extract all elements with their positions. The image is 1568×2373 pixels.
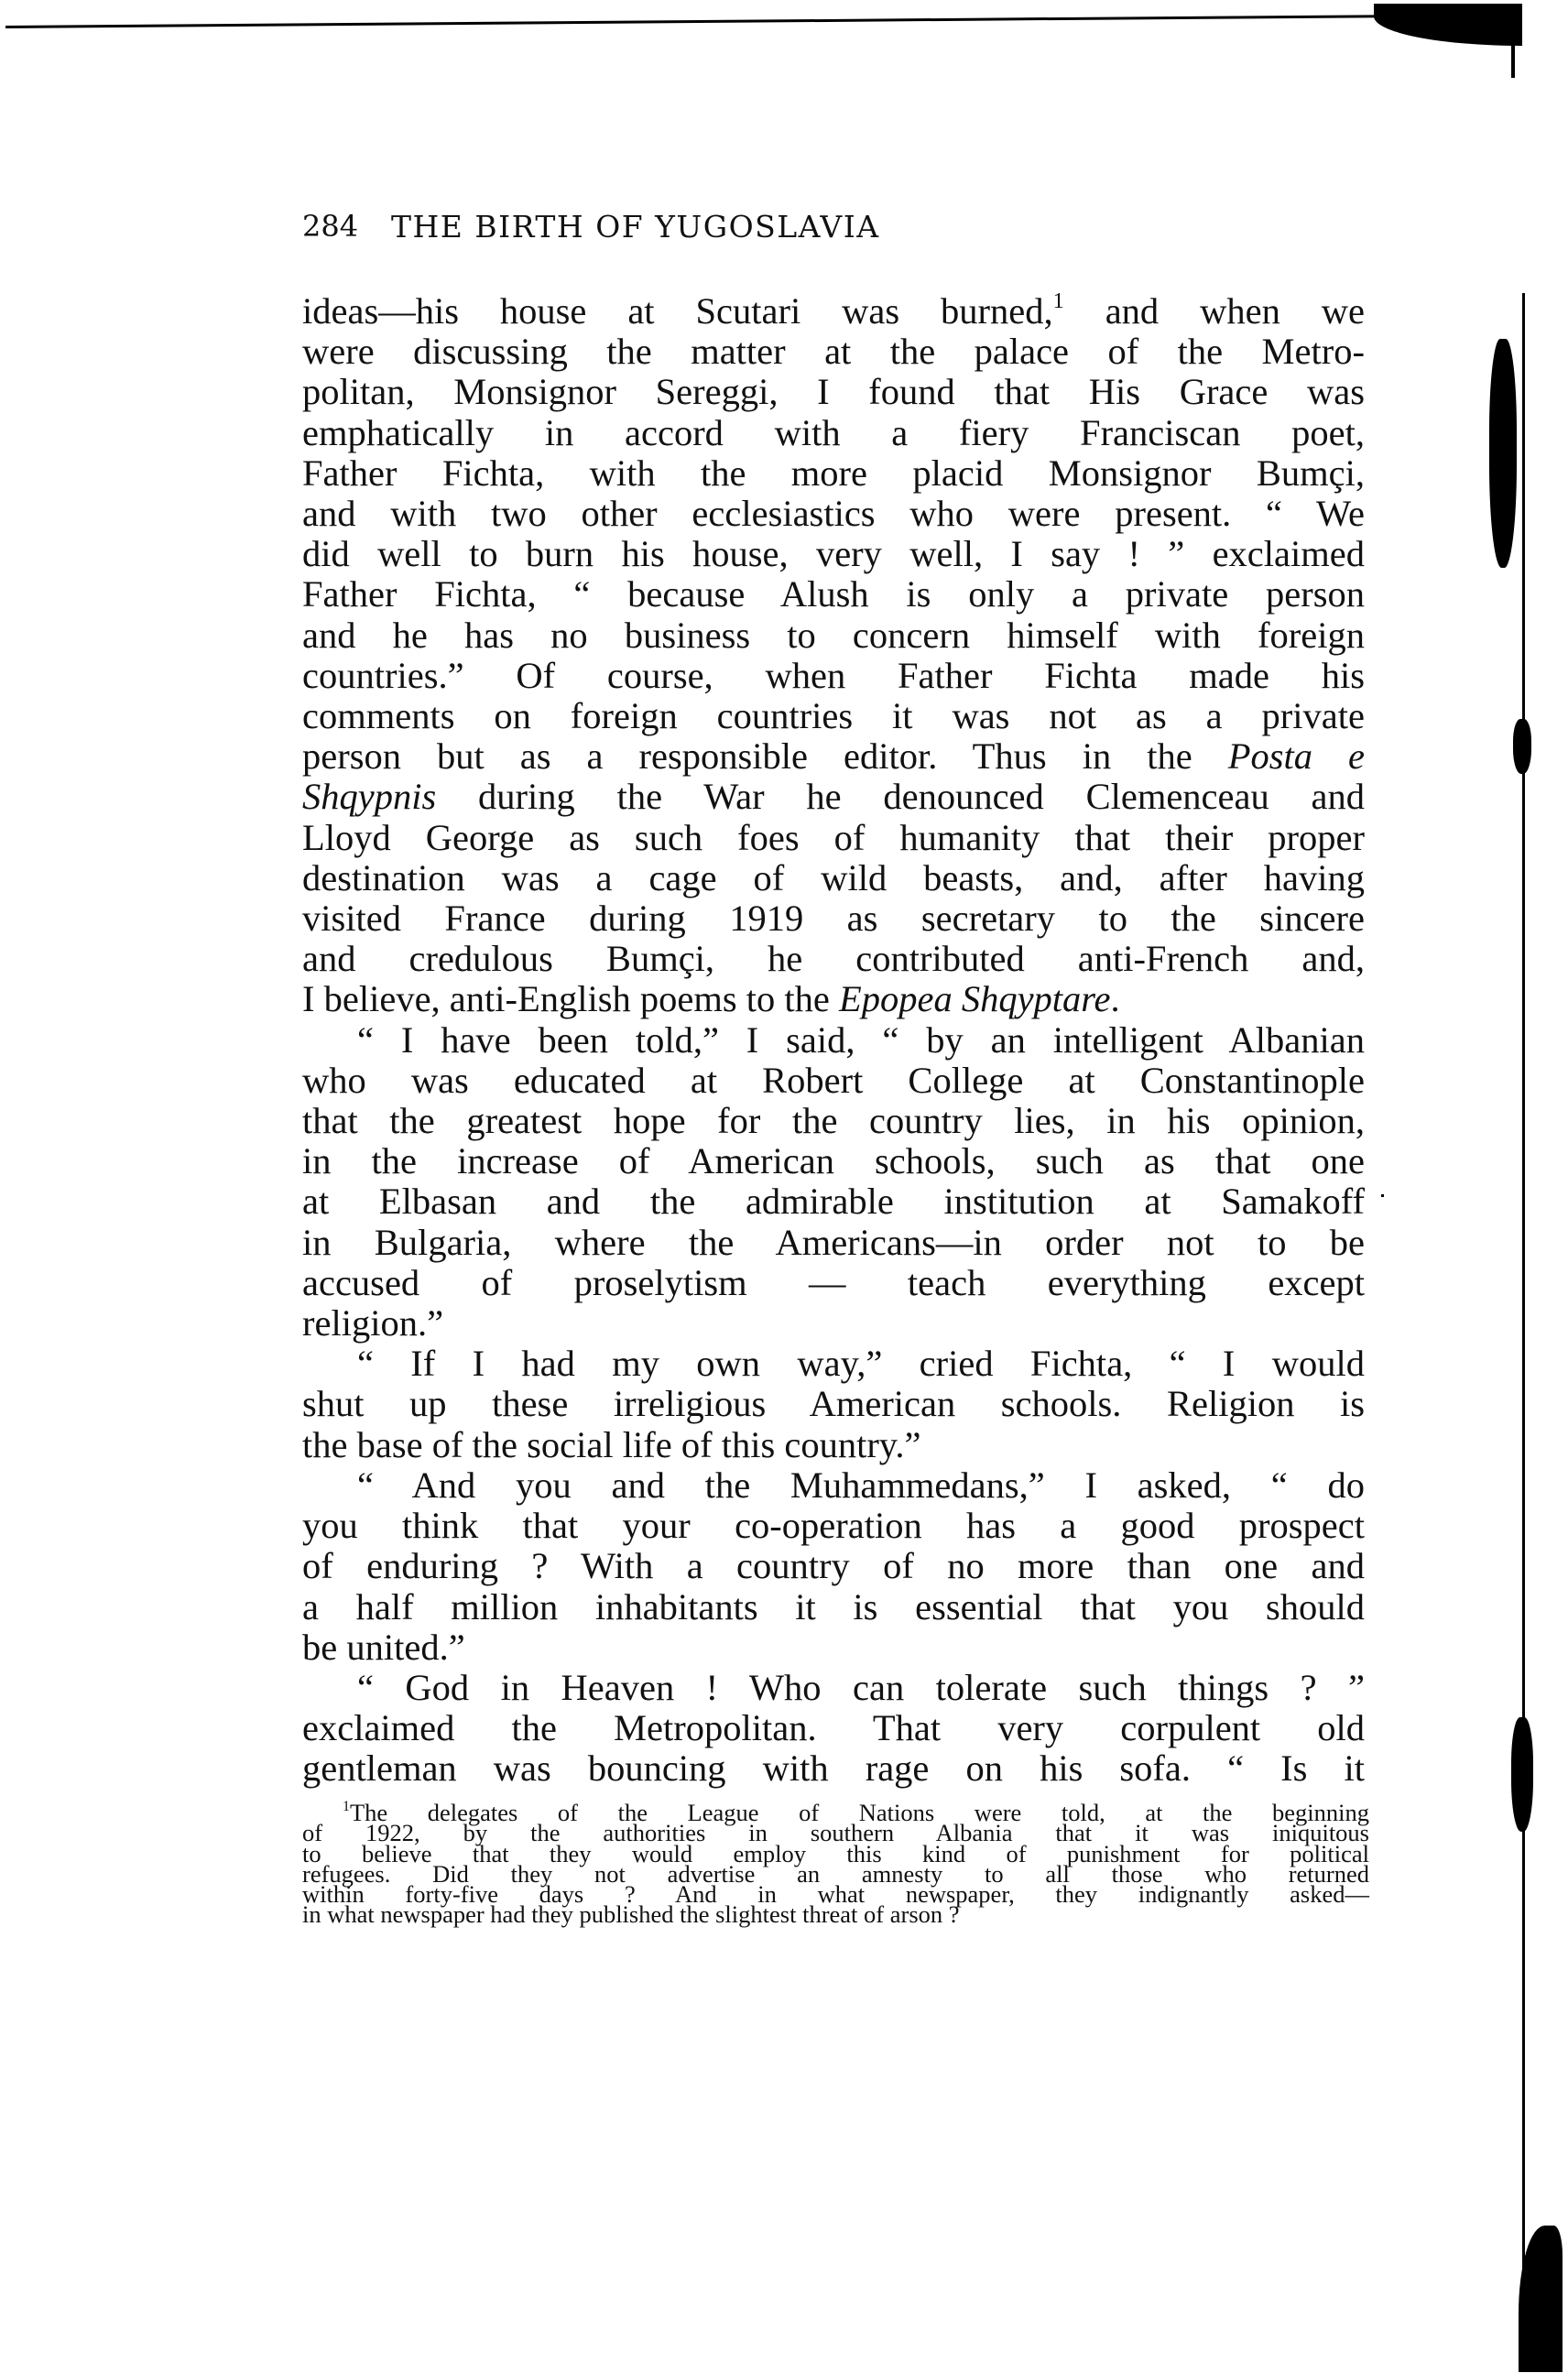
text-line: a half million inhabitants it is essenti…: [302, 1587, 1365, 1627]
footnote-text: in what newspaper had they published the…: [302, 1900, 960, 1928]
text-segment: “ I have been told,” I said, “ by an int…: [357, 1019, 1365, 1061]
text-line: who was educated at Robert College at Co…: [302, 1061, 1365, 1101]
text-segment: shut up these irreligious American schoo…: [302, 1383, 1365, 1424]
text-line: that the greatest hope for the country l…: [302, 1101, 1365, 1141]
text-segment: in Bulgaria, where the Americans—in orde…: [302, 1222, 1365, 1263]
text-segment: .: [1111, 978, 1120, 1019]
page-number: 284: [302, 209, 358, 244]
text-segment: emphatically in accord with a fiery Fran…: [302, 412, 1365, 453]
text-segment: and he has no business to concern himsel…: [302, 615, 1365, 656]
text-line: the base of the social life of this coun…: [302, 1425, 1365, 1465]
text-segment: countries.” Of course, when Father Ficht…: [302, 655, 1365, 696]
scan-speck: [1381, 1194, 1384, 1197]
text-line: in Bulgaria, where the Americans—in orde…: [302, 1223, 1365, 1263]
scan-edge-blob: [1489, 339, 1517, 568]
text-line: visited France during 1919 as secretary …: [302, 898, 1365, 939]
text-segment: and when we: [1064, 290, 1365, 332]
text-segment: at Elbasan and the admirable institution…: [302, 1181, 1365, 1222]
scan-edge-blob: [1513, 719, 1531, 774]
text-segment: exclaimed the Metropolitan. That very co…: [302, 1707, 1365, 1748]
running-title: THE BIRTH OF YUGOSLAVIA: [391, 209, 880, 245]
text-line: politan, Monsignor Sereggi, I found that…: [302, 372, 1365, 412]
text-line: and with two other ecclesiastics who wer…: [302, 494, 1365, 534]
text-line: destination was a cage of wild beasts, a…: [302, 858, 1365, 898]
text-segment: gentleman was bouncing with rage on his …: [302, 1747, 1365, 1789]
text-line: gentleman was bouncing with rage on his …: [302, 1748, 1365, 1789]
text-line: I believe, anti-English poems to the Epo…: [302, 979, 1365, 1019]
footnote-marker: 1: [1053, 288, 1064, 313]
text-line: Shqypnis during the War he denounced Cle…: [302, 777, 1365, 817]
book-page: 284 THE BIRTH OF YUGOSLAVIA ideas—his ho…: [0, 0, 1568, 2373]
text-line: Father Fichta, “ because Alush is only a…: [302, 574, 1365, 615]
text-line: exclaimed the Metropolitan. That very co…: [302, 1708, 1365, 1748]
text-segment: were discussing the matter at the palace…: [302, 331, 1365, 372]
text-segment: comments on foreign countries it was not…: [302, 695, 1365, 736]
text-segment: of enduring ? With a country of no more …: [302, 1545, 1365, 1586]
text-segment: and with two other ecclesiastics who wer…: [302, 493, 1365, 534]
text-segment: during the War he denounced Clemenceau a…: [436, 776, 1365, 817]
text-line: and he has no business to concern himsel…: [302, 615, 1365, 656]
text-line: “ And you and the Muhammedans,” I asked,…: [302, 1465, 1365, 1506]
text-line: ideas—his house at Scutari was burned,1 …: [302, 291, 1365, 332]
text-line: “ I have been told,” I said, “ by an int…: [302, 1020, 1365, 1061]
text-line: did well to burn his house, very well, I…: [302, 534, 1365, 574]
italic-title: Posta e: [1228, 735, 1365, 777]
text-line: be united.”: [302, 1627, 1365, 1668]
text-segment: who was educated at Robert College at Co…: [302, 1060, 1365, 1101]
text-line: person but as a responsible editor. Thus…: [302, 736, 1365, 777]
page-header: 284 THE BIRTH OF YUGOSLAVIA: [302, 209, 1365, 255]
text-line: at Elbasan and the admirable institution…: [302, 1181, 1365, 1222]
text-line: Lloyd George as such foes of humanity th…: [302, 818, 1365, 858]
text-line: countries.” Of course, when Father Ficht…: [302, 656, 1365, 696]
text-segment: that the greatest hope for the country l…: [302, 1100, 1365, 1141]
scan-edge-line: [1522, 293, 1525, 2363]
text-segment: religion.”: [302, 1302, 443, 1344]
text-segment: Lloyd George as such foes of humanity th…: [302, 817, 1365, 858]
text-segment: be united.”: [302, 1627, 465, 1668]
text-line: religion.”: [302, 1303, 1365, 1344]
text-segment: did well to burn his house, very well, I…: [302, 533, 1365, 574]
text-segment: Father Fichta, “ because Alush is only a…: [302, 573, 1365, 615]
text-segment: “ If I had my own way,” cried Fichta, “ …: [357, 1343, 1365, 1384]
text-segment: accused of proselytism — teach everythin…: [302, 1262, 1365, 1303]
text-line: emphatically in accord with a fiery Fran…: [302, 413, 1365, 453]
text-segment: the base of the social life of this coun…: [302, 1424, 921, 1465]
text-segment: and credulous Bumçi, he contributed anti…: [302, 938, 1365, 979]
text-segment: you think that your co-operation has a g…: [302, 1505, 1365, 1546]
italic-title: Shqypnis: [302, 776, 436, 817]
text-segment: politan, Monsignor Sereggi, I found that…: [302, 371, 1365, 412]
text-line: and credulous Bumçi, he contributed anti…: [302, 939, 1365, 979]
text-line: Father Fichta, with the more placid Mons…: [302, 453, 1365, 494]
scan-edge-rule: [5, 15, 1398, 28]
text-segment: in the increase of American schools, suc…: [302, 1140, 1365, 1181]
footnote-marker: 1: [343, 1799, 350, 1814]
text-segment: visited France during 1919 as secretary …: [302, 898, 1365, 939]
scan-corner-shadow: [1374, 4, 1522, 46]
body-text: ideas—his house at Scutari was burned,1 …: [302, 291, 1365, 1790]
text-segment: destination was a cage of wild beasts, a…: [302, 857, 1365, 898]
text-line: in the increase of American schools, suc…: [302, 1141, 1365, 1181]
text-segment: “ God in Heaven ! Who can tolerate such …: [357, 1667, 1365, 1708]
text-line: you think that your co-operation has a g…: [302, 1506, 1365, 1546]
text-segment: Father Fichta, with the more placid Mons…: [302, 452, 1365, 494]
text-segment: “ And you and the Muhammedans,” I asked,…: [357, 1464, 1365, 1506]
text-line: of enduring ? With a country of no more …: [302, 1546, 1365, 1586]
scan-edge-blob: [1519, 2226, 1563, 2372]
text-line: were discussing the matter at the palace…: [302, 332, 1365, 372]
text-segment: ideas—his house at Scutari was burned,: [302, 290, 1053, 332]
text-line: accused of proselytism — teach everythin…: [302, 1263, 1365, 1303]
text-segment: person but as a responsible editor. Thus…: [302, 735, 1228, 777]
text-line: shut up these irreligious American schoo…: [302, 1384, 1365, 1424]
text-segment: I believe, anti-English poems to the: [302, 978, 839, 1019]
text-segment: a half million inhabitants it is essenti…: [302, 1586, 1365, 1627]
text-line: comments on foreign countries it was not…: [302, 696, 1365, 736]
italic-title: Epopea Shqyptare: [839, 978, 1111, 1019]
footnote: 1The delegates of the League of Nations …: [302, 1802, 1369, 1925]
text-line: “ If I had my own way,” cried Fichta, “ …: [302, 1344, 1365, 1384]
text-line: “ God in Heaven ! Who can tolerate such …: [302, 1668, 1365, 1708]
scan-edge-blob: [1511, 1717, 1533, 1832]
scan-corner-artifact: [1511, 41, 1515, 78]
